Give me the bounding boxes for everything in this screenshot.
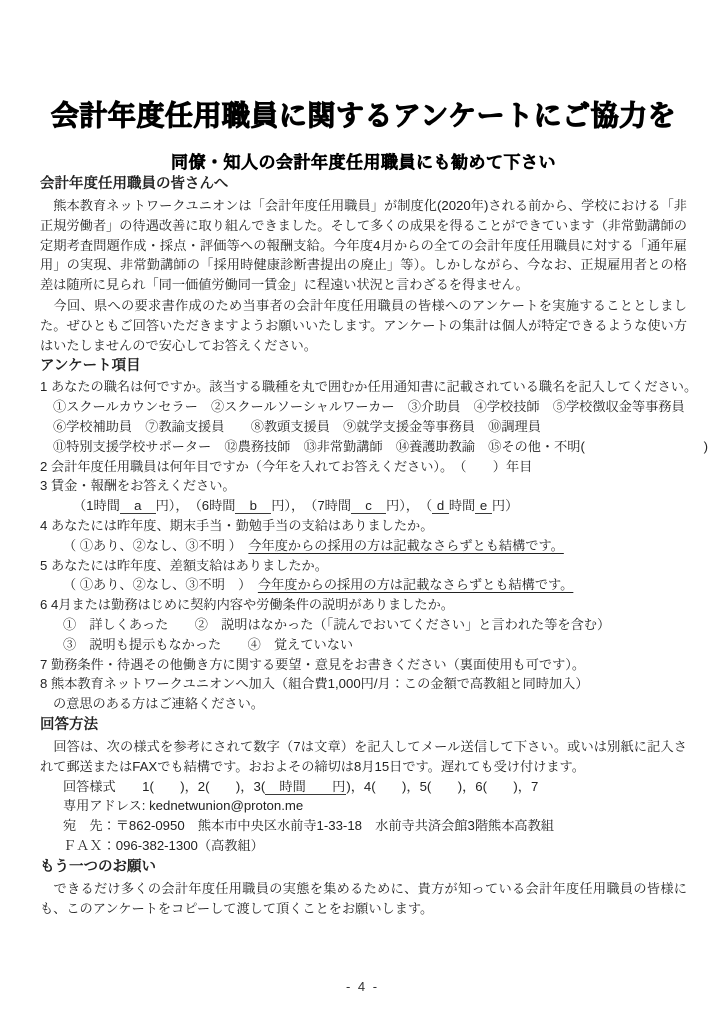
- closing-paragraph: できるだけ多くの会計年度任用職員の実態を集めるために、貴方が知っている会計年度任…: [40, 879, 687, 919]
- reply-heading: 回答方法: [40, 714, 687, 736]
- wage-text-3: 円）， （7時間: [271, 498, 351, 513]
- closing-heading: もう一つのお願い: [40, 856, 687, 878]
- wage-blank-e: e: [475, 498, 492, 514]
- survey-q5-answer-line: （ ①あり、②なし、③不明 ） 今年度からの採用の方は記載なさらずとも結構です。: [40, 575, 687, 595]
- page-subtitle: 同僚・知人の会計年度任用職員にも勧めて下さい: [40, 148, 687, 173]
- reply-address-line: 宛 先：〒862-0950 熊本市中央区水前寺1-33-18 水前寺共済会館3階…: [40, 816, 687, 836]
- survey-q1-options-3: ⑪特別支援学校サポーター ⑫農務技師 ⑬非常勤講師 ⑭養護助教諭 ⑮その他・不明…: [40, 437, 687, 457]
- survey-q1: 1 あなたの職名は何ですか。該当する職種を丸で囲むか任用通知書に記載されている職…: [40, 377, 687, 397]
- wage-blank-c: c: [351, 498, 386, 514]
- q5-note: 今年度からの採用の方は記載なさらずとも結構です。: [258, 577, 573, 592]
- reply-format-tail: )，4( )，5( )，6( )，7: [346, 779, 538, 794]
- email-label: 専用アドレス:: [63, 798, 149, 813]
- survey-q6-options-2: ③ 説明も提示もなかった ④ 覚えていない: [40, 635, 687, 655]
- greeting-paragraph-1: 熊本教育ネットワークユニオンは「会計年度任用職員」が制度化(2020年)される前…: [40, 196, 687, 295]
- email-address: kednetwunion@proton.me: [149, 798, 303, 813]
- survey-q3-wage-line: （1時間 a 円）， （6時間 b 円）， （7時間 c 円）， （ d 時間 …: [40, 496, 687, 516]
- document-page: 会計年度任用職員に関するアンケートにご協力を 同僚・知人の会計年度任用職員にも勧…: [0, 0, 725, 1024]
- q5-choices: （ ①あり、②なし、③不明 ）: [63, 577, 258, 592]
- reply-format-label: 回答様式 1( )，2( )，3(: [63, 779, 265, 794]
- postal-address: 〒862-0950 熊本市中央区水前寺1-33-18 水前寺共済会館3階熊本高教…: [116, 818, 554, 833]
- page-title: 会計年度任用職員に関するアンケートにご協力を: [40, 98, 687, 133]
- wage-text-1: （1時間: [73, 498, 120, 513]
- page-number: - 4 -: [0, 979, 725, 994]
- survey-q1-options-1: ①スクールカウンセラー ②スクールソーシャルワーカー ③介助員 ④学校技師 ⑤学…: [40, 397, 687, 417]
- reply-fax-line: ＦＡＸ：096-382-1300（高教組）: [40, 836, 687, 856]
- greeting-paragraph-2: 今回、県への要求書作成のため当事者の会計年度任用職員の皆様へのアンケートを実施す…: [40, 296, 687, 355]
- wage-text-6: 円）: [492, 498, 518, 513]
- survey-q5: 5 あなたには昨年度、差額支給はありましたか。: [40, 556, 687, 576]
- survey-q4: 4 あなたには昨年度、期末手当・勤勉手当の支給はありましたか。: [40, 516, 687, 536]
- survey-q8-continued: の意思のある方はご連絡ください。: [40, 694, 687, 714]
- survey-section: アンケート項目 1 あなたの職名は何ですか。該当する職種を丸で囲むか任用通知書に…: [40, 355, 687, 714]
- q4-note: 今年度からの採用の方は記載なさらずとも結構です。: [248, 538, 563, 553]
- survey-q7: 7 勤務条件・待遇その他働き方に関する要望・意見をお書きください（裏面使用も可で…: [40, 655, 687, 675]
- survey-q6-options-1: ① 詳しくあった ② 説明はなかった（「読んでおいてください」と言われた等を含む…: [40, 615, 687, 635]
- reply-paragraph: 回答は、次の様式を参考にされて数字（7は文章）を記入してメール送信して下さい。或…: [40, 737, 687, 777]
- greeting-heading: 会計年度任用職員の皆さんへ: [40, 173, 687, 195]
- wage-blank-b: b: [235, 498, 271, 514]
- survey-q8: 8 熊本教育ネットワークユニオンへ加入（組合費1,000円/月：この金額で高教組…: [40, 674, 687, 694]
- fax-number: 096-382-1300（高教組）: [116, 838, 264, 853]
- survey-q6: 6 4月または勤務はじめに契約内容や労働条件の説明がありましたか。: [40, 595, 687, 615]
- reply-format-blank: 時間 円: [265, 779, 346, 795]
- survey-q1-options-2: ⑥学校補助員 ⑦教諭支援員 ⑧教頭支援員 ⑨就学支援金等事務員 ⑩調理員: [40, 417, 687, 437]
- reply-email-line: 専用アドレス: kednetwunion@proton.me: [40, 796, 687, 816]
- greeting-section: 会計年度任用職員の皆さんへ 熊本教育ネットワークユニオンは「会計年度任用職員」が…: [40, 173, 687, 355]
- wage-text-5: 時間: [449, 498, 475, 513]
- reply-format-line: 回答様式 1( )，2( )，3( 時間 円)，4( )，5( )，6( )，7: [40, 777, 687, 797]
- wage-text-4: 円）， （: [386, 498, 432, 513]
- survey-q3: 3 賃金・報酬をお答えください。: [40, 476, 687, 496]
- q4-choices: （ ①あり、②なし、③不明 ）: [63, 538, 248, 553]
- wage-blank-d: d: [432, 498, 449, 514]
- reply-method-section: 回答方法 回答は、次の様式を参考にされて数字（7は文章）を記入してメール送信して…: [40, 714, 687, 856]
- survey-heading: アンケート項目: [40, 355, 687, 377]
- closing-request-section: もう一つのお願い できるだけ多くの会計年度任用職員の実態を集めるために、貴方が知…: [40, 856, 687, 919]
- fax-label: ＦＡＸ：: [63, 838, 116, 853]
- wage-text-2: 円）， （6時間: [156, 498, 236, 513]
- postal-address-label: 宛 先：: [63, 818, 116, 833]
- wage-blank-a: a: [120, 498, 156, 514]
- survey-q4-answer-line: （ ①あり、②なし、③不明 ） 今年度からの採用の方は記載なさらずとも結構です。: [40, 536, 687, 556]
- survey-q2: 2 会計年度任用職員は何年目ですか（今年を入れてお答えください）。 （ ）年目: [40, 457, 687, 477]
